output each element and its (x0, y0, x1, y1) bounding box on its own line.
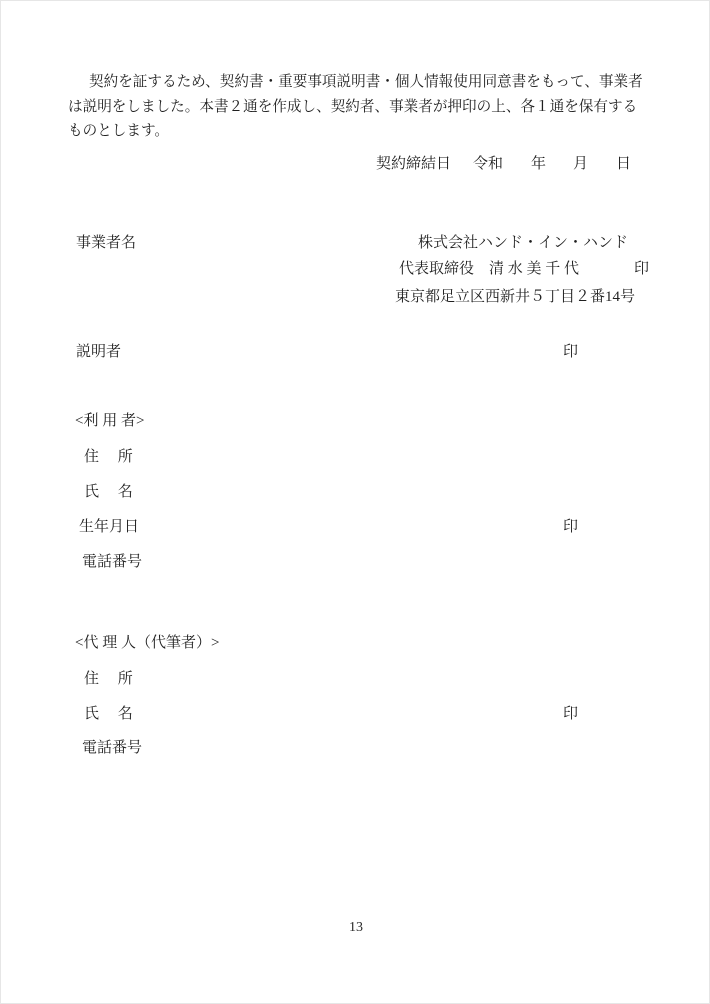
page-number: 13 (1, 920, 710, 936)
closing-paragraph-line-2: は説明をしました。本書２通を作成し、契約者、事業者が押印の上、各１通を保有する (68, 99, 653, 116)
agent-phone-label: 電話番号 (82, 740, 142, 757)
contract-date-day-suffix: 日 (616, 156, 631, 173)
provider-representative: 代表取締役 清 水 美 千 代 (399, 261, 579, 278)
closing-paragraph-line-1: 契約を証するため、契約書・重要事項説明書・個人情報使用同意書をもって、事業者 (68, 74, 653, 91)
user-address-label: 住 所 (84, 449, 133, 466)
agent-name-label: 氏 名 (84, 706, 133, 723)
user-section-heading: <利 用 者> (75, 413, 144, 430)
user-phone-label: 電話番号 (82, 554, 142, 571)
contract-date-month-suffix: 月 (573, 156, 588, 173)
provider-seal-mark: 印 (634, 261, 649, 278)
document-page: 契約を証するため、契約書・重要事項説明書・個人情報使用同意書をもって、事業者 は… (0, 0, 710, 1004)
agent-seal-mark: 印 (563, 706, 578, 723)
agent-address-label: 住 所 (84, 671, 133, 688)
contract-date-era: 令和 (473, 156, 503, 173)
user-name-label: 氏 名 (84, 484, 133, 501)
provider-address: 東京都足立区西新井５丁目２番14号 (395, 289, 635, 306)
user-seal-mark: 印 (563, 519, 578, 536)
contract-date-year-suffix: 年 (531, 156, 546, 173)
user-birthdate-label: 生年月日 (79, 519, 139, 536)
agent-section-heading: <代 理 人（代筆者）> (75, 635, 219, 652)
explainer-seal-mark: 印 (563, 344, 578, 361)
explainer-label: 説明者 (76, 344, 121, 361)
closing-paragraph-line-3: ものとします。 (68, 123, 653, 140)
contract-date-label: 契約締結日 (376, 156, 451, 173)
provider-label: 事業者名 (76, 235, 136, 252)
provider-company-name: 株式会社ハンド・イン・ハンド (418, 235, 628, 252)
